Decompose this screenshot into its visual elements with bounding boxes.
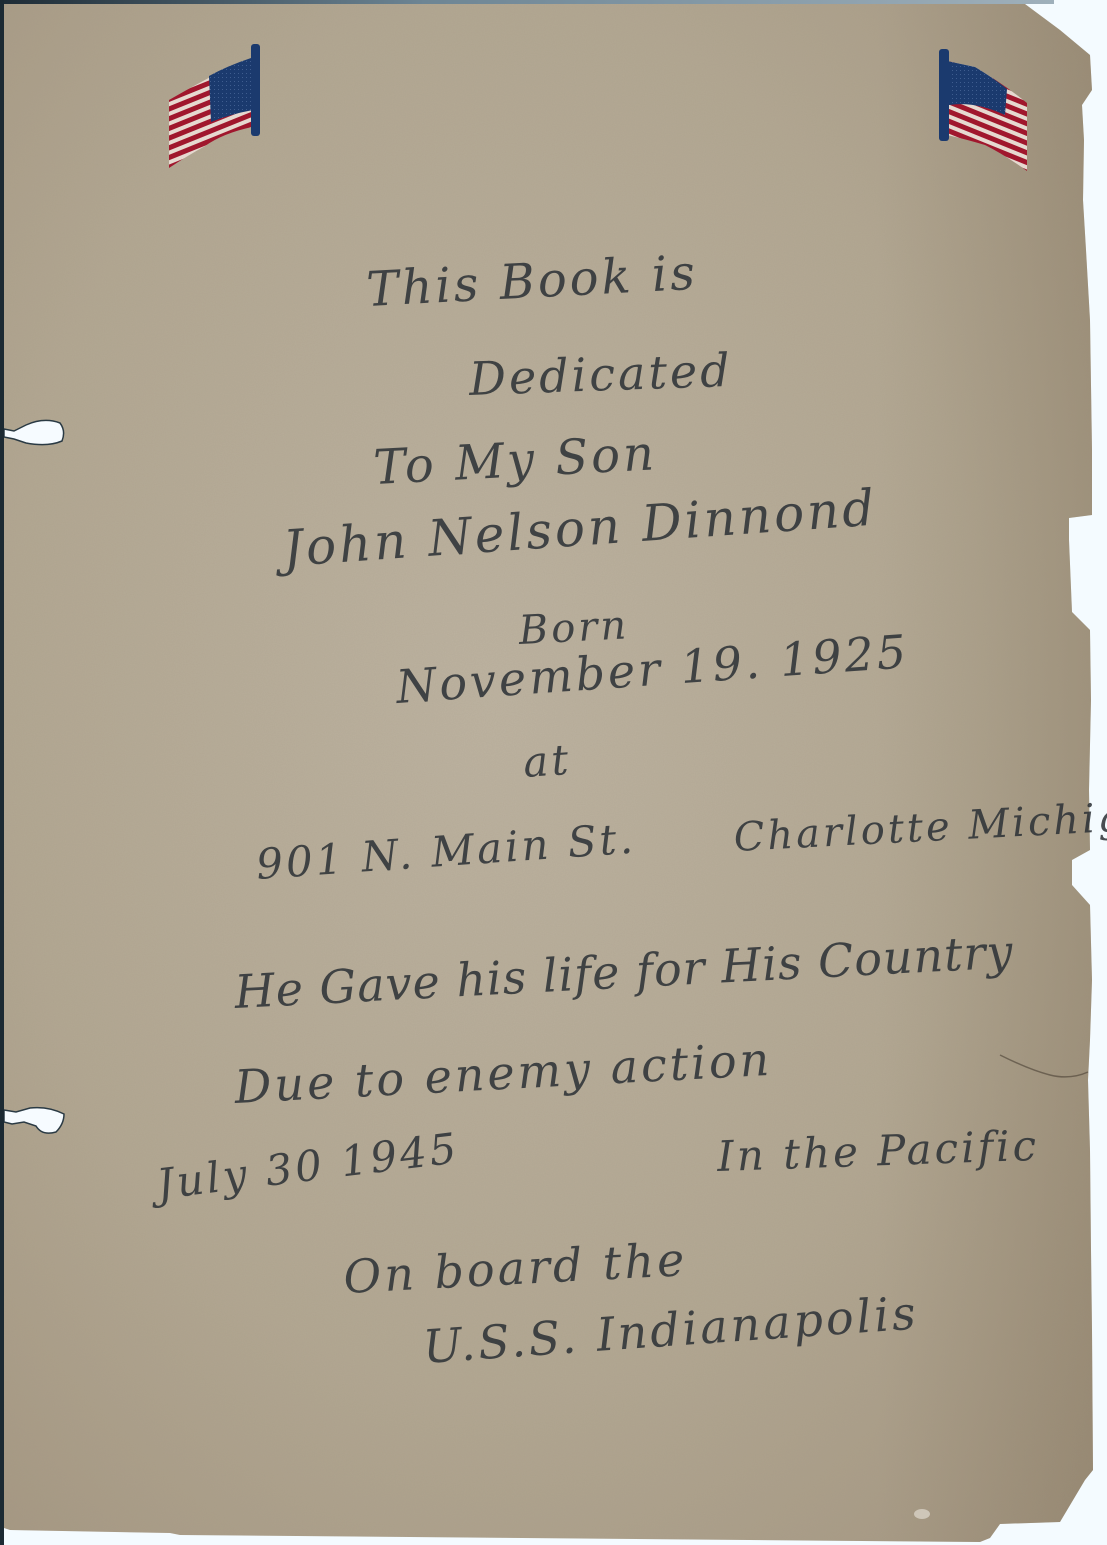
dedication-line-2: Dedicated [468,343,733,406]
binder-hole-bottom [4,1100,70,1140]
american-flag-icon [165,40,265,172]
binder-hole-top [4,415,70,455]
american-flag-icon [935,45,1035,175]
at-label: at [522,735,573,787]
scanned-page: This Book is Dedicated To My Son John Ne… [0,0,1107,1545]
